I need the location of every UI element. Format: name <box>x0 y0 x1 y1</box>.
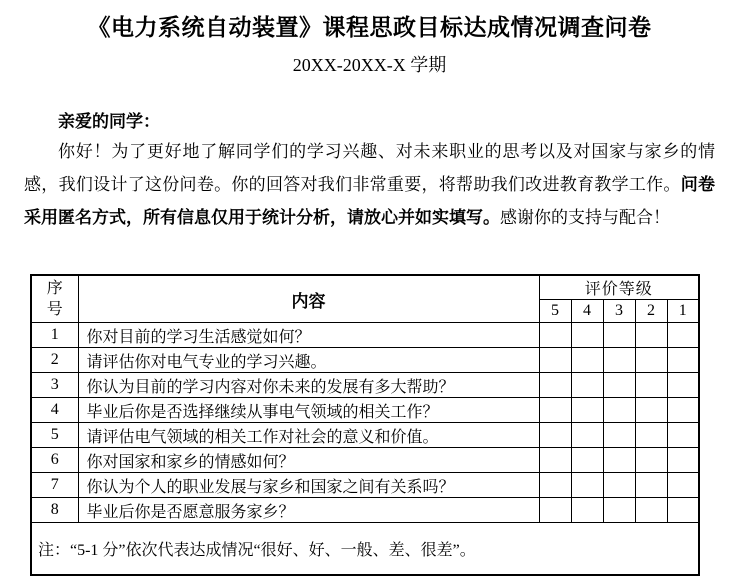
rating-cell <box>571 323 603 348</box>
rating-cell <box>667 473 699 498</box>
rating-cell <box>603 498 635 523</box>
header-number-label: 序号 <box>46 278 64 320</box>
rating-cell <box>603 323 635 348</box>
page-title: 《电力系统自动装置》课程思政目标达成情况调查问卷 <box>0 0 739 43</box>
rating-cell <box>571 348 603 373</box>
row-number-cell: 2 <box>31 348 78 373</box>
intro-segment: 你好！为了更好地了解同学们的学习兴趣、对未来职业的思考以及对国家与家乡的情感，我… <box>24 142 715 194</box>
table-note: 注：“5-1 分”依次代表达成情况“很好、好、一般、差、很差”。 <box>31 523 699 575</box>
question-cell: 你对目前的学习生活感觉如何？ <box>78 323 539 348</box>
rating-cell <box>603 448 635 473</box>
scale-header-cell-3: 3 <box>603 300 635 323</box>
rating-cell <box>667 448 699 473</box>
rating-cell <box>603 398 635 423</box>
question-row: 8 毕业后你是否愿意服务家乡？ <box>31 498 699 523</box>
row-number-cell: 3 <box>31 373 78 398</box>
rating-cell <box>635 373 667 398</box>
question-cell: 请评估电气领域的相关工作对社会的意义和价值。 <box>78 423 539 448</box>
rating-cell <box>635 448 667 473</box>
intro-paragraph: 你好！为了更好地了解同学们的学习兴趣、对未来职业的思考以及对国家与家乡的情感，我… <box>24 135 715 234</box>
row-number-cell: 5 <box>31 423 78 448</box>
rating-cell <box>571 373 603 398</box>
rating-cell <box>571 423 603 448</box>
row-number-cell: 1 <box>31 323 78 348</box>
row-number-cell: 4 <box>31 398 78 423</box>
survey-table: 序号 内容 评价等级 5 4 3 2 1 1 你对目前的学习生活感觉如何？ <box>30 274 700 576</box>
document-page: 《电力系统自动装置》课程思政目标达成情况调查问卷 20XX-20XX-X 学期 … <box>0 0 739 582</box>
rating-cell <box>539 323 571 348</box>
question-row: 4 毕业后你是否选择继续从事电气领域的相关工作？ <box>31 398 699 423</box>
rating-cell <box>571 398 603 423</box>
table-note-row: 注：“5-1 分”依次代表达成情况“很好、好、一般、差、很差”。 <box>31 523 699 575</box>
question-cell: 你认为目前的学习内容对你未来的发展有多大帮助？ <box>78 373 539 398</box>
question-row: 5 请评估电气领域的相关工作对社会的意义和价值。 <box>31 423 699 448</box>
rating-cell <box>603 373 635 398</box>
header-cell-rating-group: 评价等级 <box>539 275 699 300</box>
rating-cell <box>571 498 603 523</box>
question-row: 7 你认为个人的职业发展与家乡和国家之间有关系吗？ <box>31 473 699 498</box>
rating-cell <box>603 473 635 498</box>
rating-cell <box>571 448 603 473</box>
intro-segment: 感谢你的支持与配合！ <box>500 208 670 227</box>
rating-cell <box>667 348 699 373</box>
question-row: 2 请评估你对电气专业的学习兴趣。 <box>31 348 699 373</box>
question-row: 6 你对国家和家乡的情感如何？ <box>31 448 699 473</box>
row-number-cell: 8 <box>31 498 78 523</box>
row-number-cell: 6 <box>31 448 78 473</box>
rating-cell <box>667 498 699 523</box>
question-cell: 毕业后你是否愿意服务家乡？ <box>78 498 539 523</box>
rating-cell <box>667 423 699 448</box>
rating-cell <box>571 473 603 498</box>
scale-header-cell-1: 1 <box>667 300 699 323</box>
rating-cell <box>539 498 571 523</box>
scale-header-cell-2: 2 <box>635 300 667 323</box>
intro-section: 亲爱的同学： 你好！为了更好地了解同学们的学习兴趣、对未来职业的思考以及对国家与… <box>24 110 715 234</box>
rating-cell <box>603 423 635 448</box>
question-cell: 请评估你对电气专业的学习兴趣。 <box>78 348 539 373</box>
rating-cell <box>603 348 635 373</box>
rating-cell <box>635 398 667 423</box>
rating-cell <box>539 423 571 448</box>
rating-cell <box>539 373 571 398</box>
rating-cell <box>635 423 667 448</box>
scale-header-cell-4: 4 <box>571 300 603 323</box>
question-cell: 毕业后你是否选择继续从事电气领域的相关工作？ <box>78 398 539 423</box>
rating-cell <box>667 398 699 423</box>
header-cell-number: 序号 <box>31 275 78 323</box>
rating-cell <box>635 473 667 498</box>
semester-subtitle: 20XX-20XX-X 学期 <box>0 53 739 77</box>
header-cell-content: 内容 <box>78 275 539 323</box>
question-row: 1 你对目前的学习生活感觉如何？ <box>31 323 699 348</box>
rating-cell <box>635 323 667 348</box>
question-cell: 你认为个人的职业发展与家乡和国家之间有关系吗？ <box>78 473 539 498</box>
rating-cell <box>667 373 699 398</box>
rating-cell <box>635 498 667 523</box>
rating-cell <box>539 473 571 498</box>
rating-cell <box>539 348 571 373</box>
scale-header-cell-5: 5 <box>539 300 571 323</box>
row-number-cell: 7 <box>31 473 78 498</box>
table-header-row: 序号 内容 评价等级 <box>31 275 699 300</box>
intro-salutation: 亲爱的同学： <box>24 110 715 134</box>
rating-cell <box>635 348 667 373</box>
question-row: 3 你认为目前的学习内容对你未来的发展有多大帮助？ <box>31 373 699 398</box>
rating-cell <box>667 323 699 348</box>
rating-cell <box>539 398 571 423</box>
question-cell: 你对国家和家乡的情感如何？ <box>78 448 539 473</box>
rating-cell <box>539 448 571 473</box>
